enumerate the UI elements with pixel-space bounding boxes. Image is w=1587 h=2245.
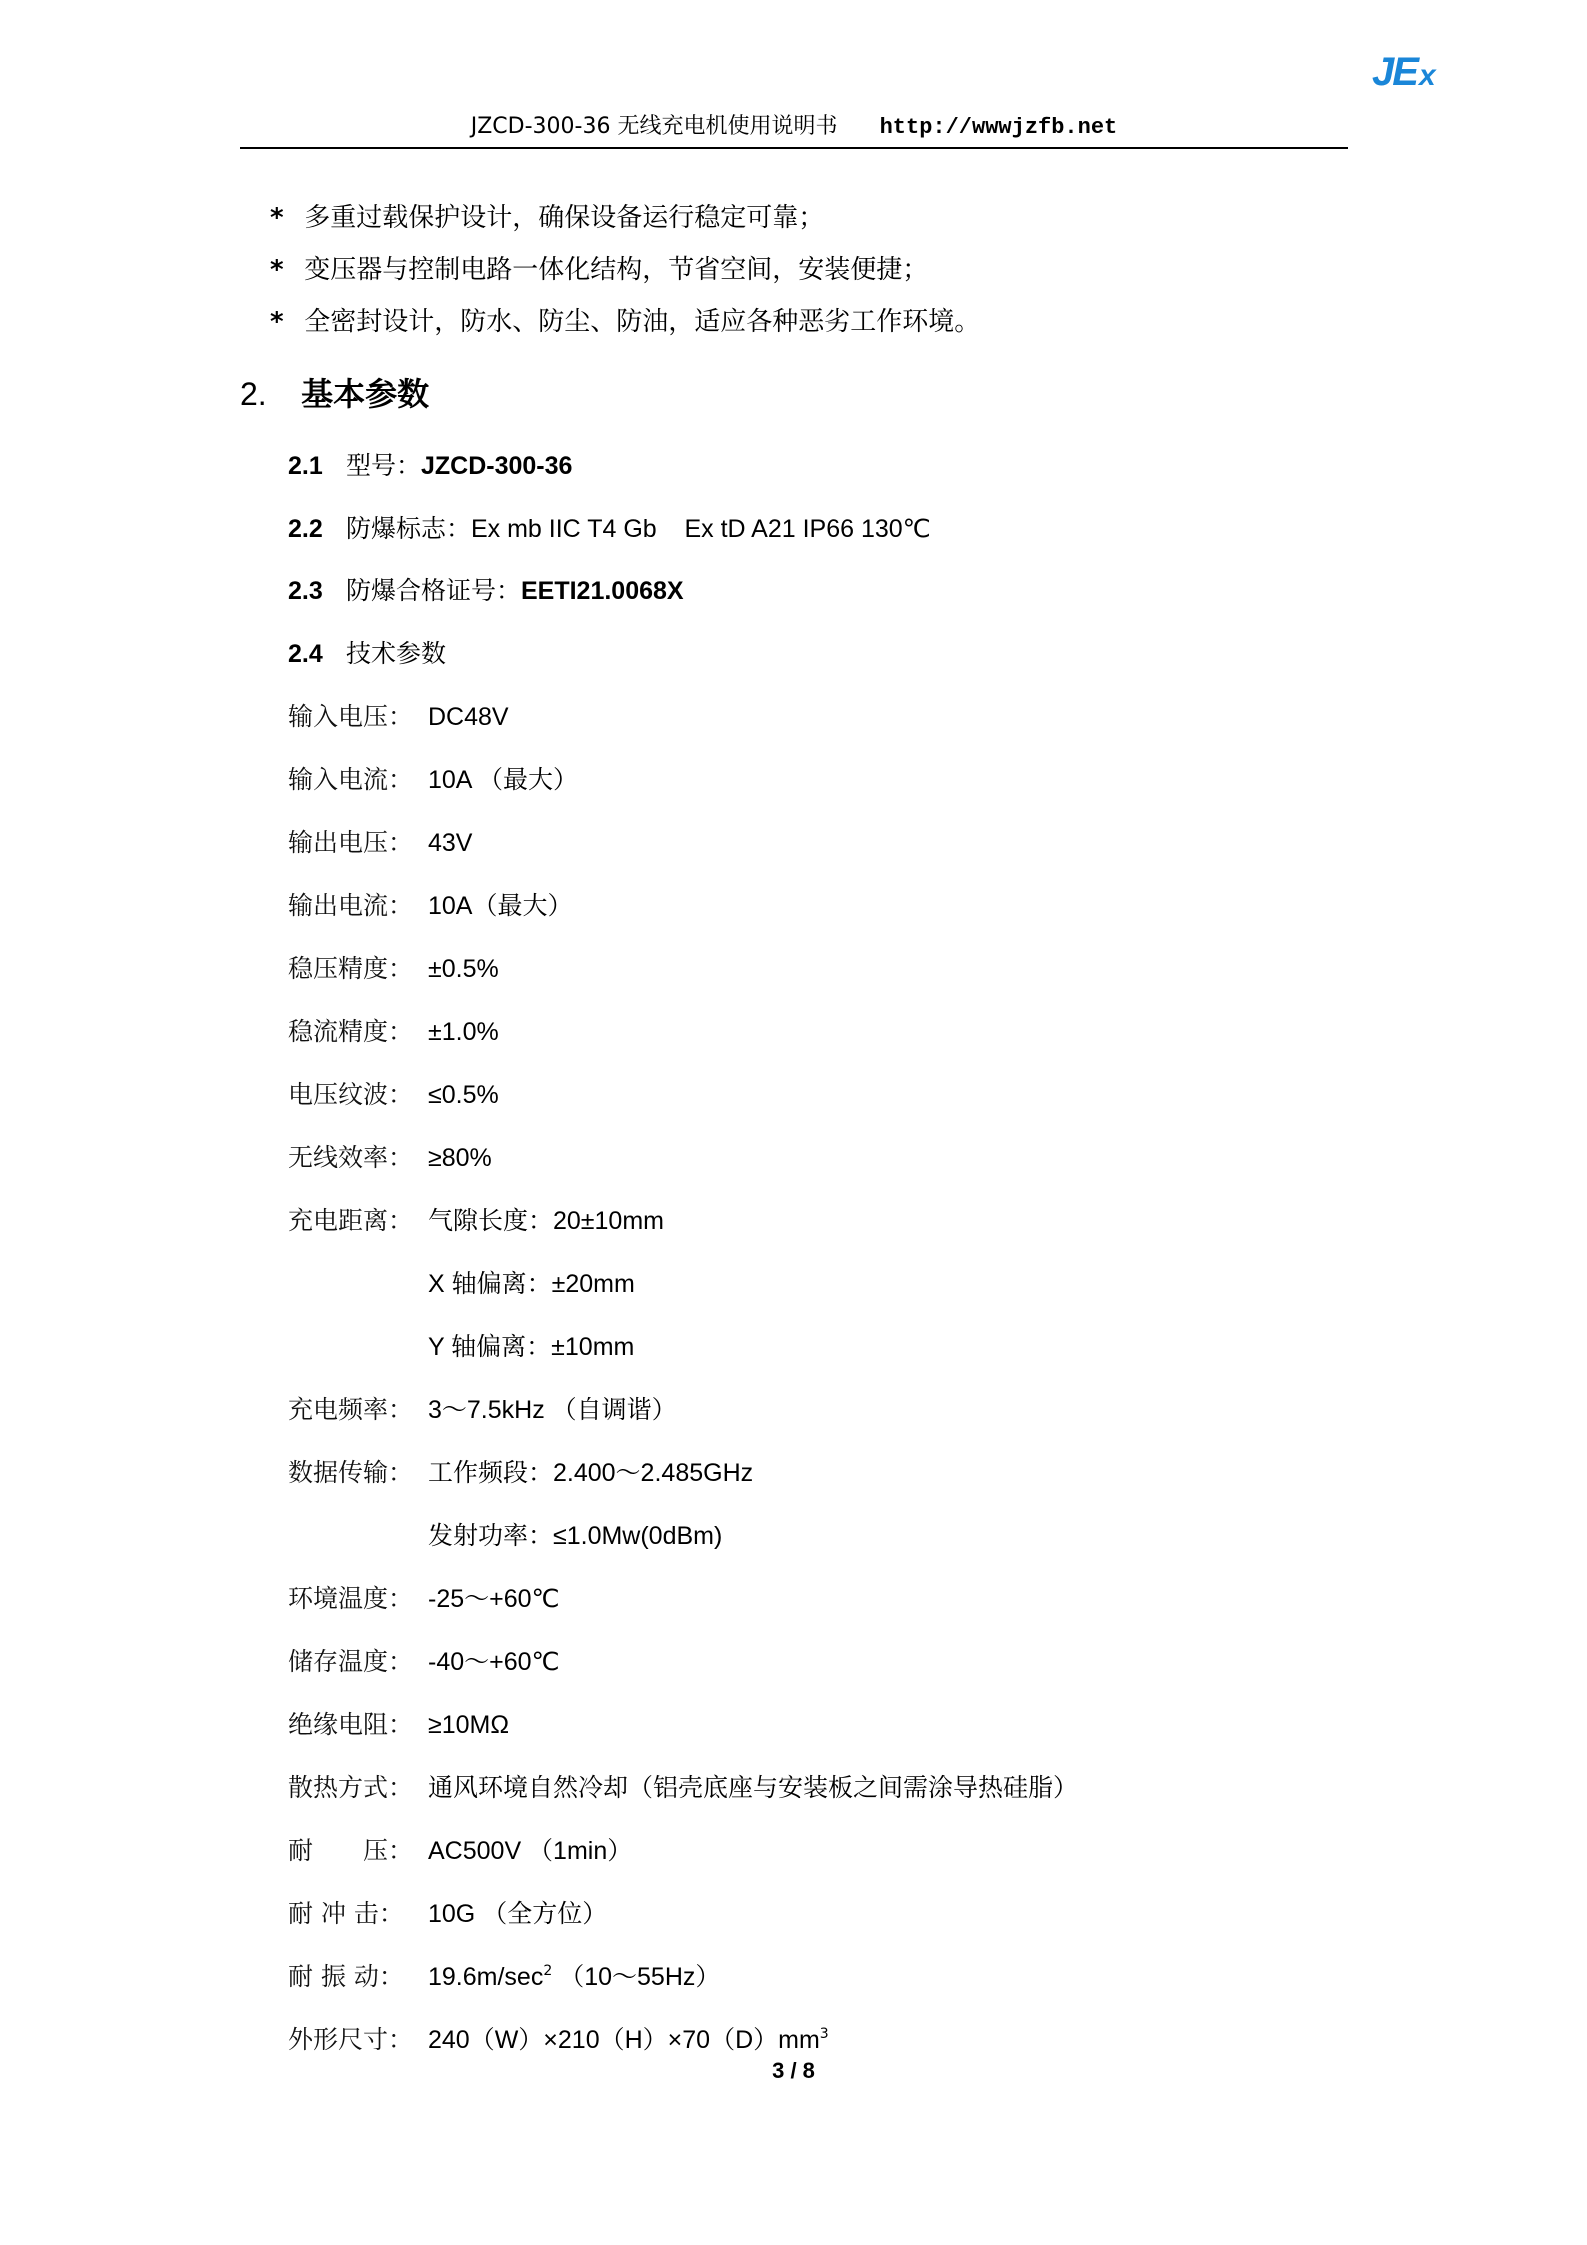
spec-label: 数据传输： [288,1457,428,1489]
header-url[interactable]: http://wwwjzfb.net [880,115,1118,140]
subsection-label: 防爆标志： [346,514,471,543]
spec-label: 环境温度： [288,1583,428,1615]
spec-value: AC500V （1min） [428,1837,632,1865]
spec-row: 环境温度：-25～+60℃ [288,1583,560,1615]
spec-row: 绝缘电阻：≥10MΩ [288,1709,509,1741]
spec-row: 散热方式：通风环境自然冷却（铝壳底座与安装板之间需涂导热硅脂） [288,1772,1078,1804]
spec-row-sub: 发射功率：≤1.0Mw(0dBm) [428,1520,722,1552]
model-value: JZCD-300-36 [421,452,572,480]
spec-value: DC48V [428,703,509,731]
superscript: 2 [543,1963,552,1979]
spec-value-suffix: （10～55Hz） [552,1963,720,1991]
spec-value: 气隙长度：20±10mm [428,1207,664,1235]
spec-value: 43V [428,829,472,857]
spec-label: 绝缘电阻： [288,1709,428,1741]
bullet-text: 全密封设计，防水、防尘、防油，适应各种恶劣工作环境。 [304,307,980,337]
spec-row: 耐 冲 击：10G （全方位） [288,1898,607,1930]
feature-bullet: * 多重过载保护设计，确保设备运行稳定可靠； [270,202,824,234]
spec-label: 稳流精度： [288,1016,428,1048]
spec-row: 电压纹波：≤0.5% [288,1079,499,1111]
spec-value: ≤0.5% [428,1081,499,1109]
spec-value: 240（W）×210（H）×70（D）mm [428,2026,820,2054]
logo-main: JE [1372,50,1417,94]
spec-value: 工作频段：2.400～2.485GHz [428,1459,753,1487]
spec-value: ≥10MΩ [428,1711,509,1739]
feature-bullet: * 全密封设计，防水、防尘、防油，适应各种恶劣工作环境。 [270,306,980,338]
subsection-certificate: 2.3 防爆合格证号：EETI21.0068X [288,575,684,607]
spec-value: 10A（最大） [428,892,572,920]
section-number: 2. [240,374,290,414]
spec-label: 散热方式： [288,1772,428,1804]
subsection-label: 型号： [346,451,421,480]
spec-row-sub: Y 轴偏离：±10mm [428,1331,634,1363]
ex-marking-value: Ex mb IIC T4 Gb Ex tD A21 IP66 130℃ [471,515,931,543]
spec-value: 发射功率：≤1.0Mw(0dBm) [428,1522,722,1550]
document-title: JZCD-300-36 无线充电机使用说明书 [471,114,838,139]
subsection-number: 2.2 [288,513,338,545]
spec-label: 耐 振 动： [288,1961,428,1993]
subsection-number: 2.3 [288,575,338,607]
subsection-label: 技术参数 [346,639,446,668]
spec-label: 电压纹波： [288,1079,428,1111]
spec-label: 充电频率： [288,1394,428,1426]
spec-row: 稳压精度：±0.5% [288,953,499,985]
subsection-number: 2.4 [288,638,338,670]
subsection-ex-marking: 2.2 防爆标志：Ex mb IIC T4 Gb Ex tD A21 IP66 … [288,513,931,545]
spec-value: 10A （最大） [428,766,578,794]
spec-label: 储存温度： [288,1646,428,1678]
subsection-tech-params: 2.4 技术参数 [288,638,446,670]
spec-value: 通风环境自然冷却（铝壳底座与安装板之间需涂导热硅脂） [428,1773,1078,1802]
spec-row: 数据传输：工作频段：2.400～2.485GHz [288,1457,753,1489]
spec-value: X 轴偏离：±20mm [428,1270,635,1298]
spec-label: 输入电流： [288,764,428,796]
spec-row: 输出电流：10A（最大） [288,890,572,922]
header-divider [240,147,1348,149]
logo-sub: x [1419,59,1436,92]
spec-row: 耐 压：AC500V （1min） [288,1835,632,1867]
bullet-marker: * [270,306,296,338]
spec-row: 充电频率：3～7.5kHz （自调谐） [288,1394,677,1426]
spec-value: ±0.5% [428,955,499,983]
subsection-number: 2.1 [288,450,338,482]
company-logo: JEx [1372,52,1436,92]
spec-label: 无线效率： [288,1142,428,1174]
bullet-marker: * [270,202,296,234]
page-header: JZCD-300-36 无线充电机使用说明书 http://wwwjzfb.ne… [240,112,1348,142]
spec-value: 19.6m/sec [428,1963,543,1991]
page-number: 3 / 8 [0,2058,1587,2084]
spec-row-sub: X 轴偏离：±20mm [428,1268,635,1300]
spec-label: 稳压精度： [288,953,428,985]
spec-value: -40～+60℃ [428,1648,560,1676]
spec-value: 3～7.5kHz （自调谐） [428,1396,677,1424]
spec-value: ±1.0% [428,1018,499,1046]
feature-bullet: * 变压器与控制电路一体化结构，节省空间，安装便捷； [270,254,928,286]
certificate-value: EETI21.0068X [521,577,684,605]
spec-row: 充电距离：气隙长度：20±10mm [288,1205,664,1237]
spec-value: Y 轴偏离：±10mm [428,1333,634,1361]
subsection-label: 防爆合格证号： [346,576,521,605]
spec-row: 储存温度：-40～+60℃ [288,1646,560,1678]
section-heading: 2. 基本参数 [240,374,429,414]
spec-row: 外形尺寸：240（W）×210（H）×70（D）mm3 [288,2024,829,2056]
spec-label: 耐 冲 击： [288,1898,428,1930]
spec-label: 外形尺寸： [288,2024,428,2056]
bullet-marker: * [270,254,296,286]
spec-label: 充电距离： [288,1205,428,1237]
spec-value: -25～+60℃ [428,1585,560,1613]
bullet-text: 多重过载保护设计，确保设备运行稳定可靠； [304,203,824,233]
spec-label: 耐 压： [288,1835,428,1867]
bullet-text: 变压器与控制电路一体化结构，节省空间，安装便捷； [304,255,928,285]
spec-label: 输出电压： [288,827,428,859]
section-title: 基本参数 [301,375,429,413]
spec-value: 10G （全方位） [428,1900,607,1928]
subsection-model: 2.1 型号：JZCD-300-36 [288,450,572,482]
spec-row: 输入电流：10A （最大） [288,764,578,796]
spec-row: 耐 振 动：19.6m/sec2 （10～55Hz） [288,1961,720,1993]
superscript: 3 [820,2026,829,2042]
spec-row: 无线效率：≥80% [288,1142,492,1174]
spec-label: 输入电压： [288,701,428,733]
spec-label: 输出电流： [288,890,428,922]
spec-row: 输入电压：DC48V [288,701,509,733]
spec-value: ≥80% [428,1144,492,1172]
spec-row: 稳流精度：±1.0% [288,1016,499,1048]
spec-row: 输出电压：43V [288,827,472,859]
